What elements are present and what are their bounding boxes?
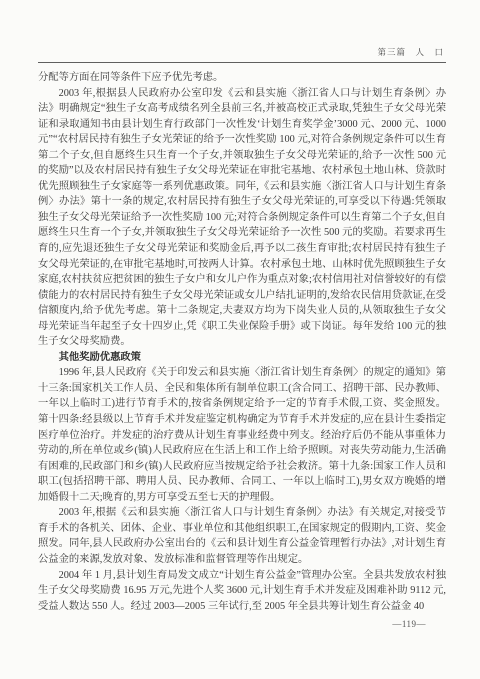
paragraph-1996-notice: 1996 年,县人民政府《关于印发云和县实施〈浙江省计划生育条例〉的规定的通知》… xyxy=(38,365,446,505)
page-number: —119— xyxy=(392,619,426,629)
paragraph-2003-welfare-fund: 2003 年,根据《云和县实施〈浙江省人口与计划生育条例〉办法》有关规定,对接受… xyxy=(38,505,446,567)
paragraph-2003-regulations: 2003 年,根据县人民政府办公室印发《云和县实施〈浙江省人口与计划生育条例〉办… xyxy=(38,86,446,350)
section-heading: 其他奖励优惠政策 xyxy=(38,350,446,366)
header-rule xyxy=(38,62,446,63)
page-header: 第三篇 人 口 xyxy=(38,47,446,58)
paragraph-continuation: 分配等方面在同等条件下应予优先考虑。 xyxy=(38,70,446,86)
running-head: 第三篇 人 口 xyxy=(377,47,444,57)
page-footer: —119— xyxy=(38,619,446,629)
paragraph-2004-fund-office: 2004 年 1 月,县计划生育局发文成立“计划生育公益金”管理办公室。全县共发… xyxy=(38,568,446,615)
document-body: 分配等方面在同等条件下应予优先考虑。 2003 年,根据县人民政府办公室印发《云… xyxy=(38,70,446,614)
document-page: 第三篇 人 口 分配等方面在同等条件下应予优先考虑。 2003 年,根据县人民政… xyxy=(0,0,480,679)
